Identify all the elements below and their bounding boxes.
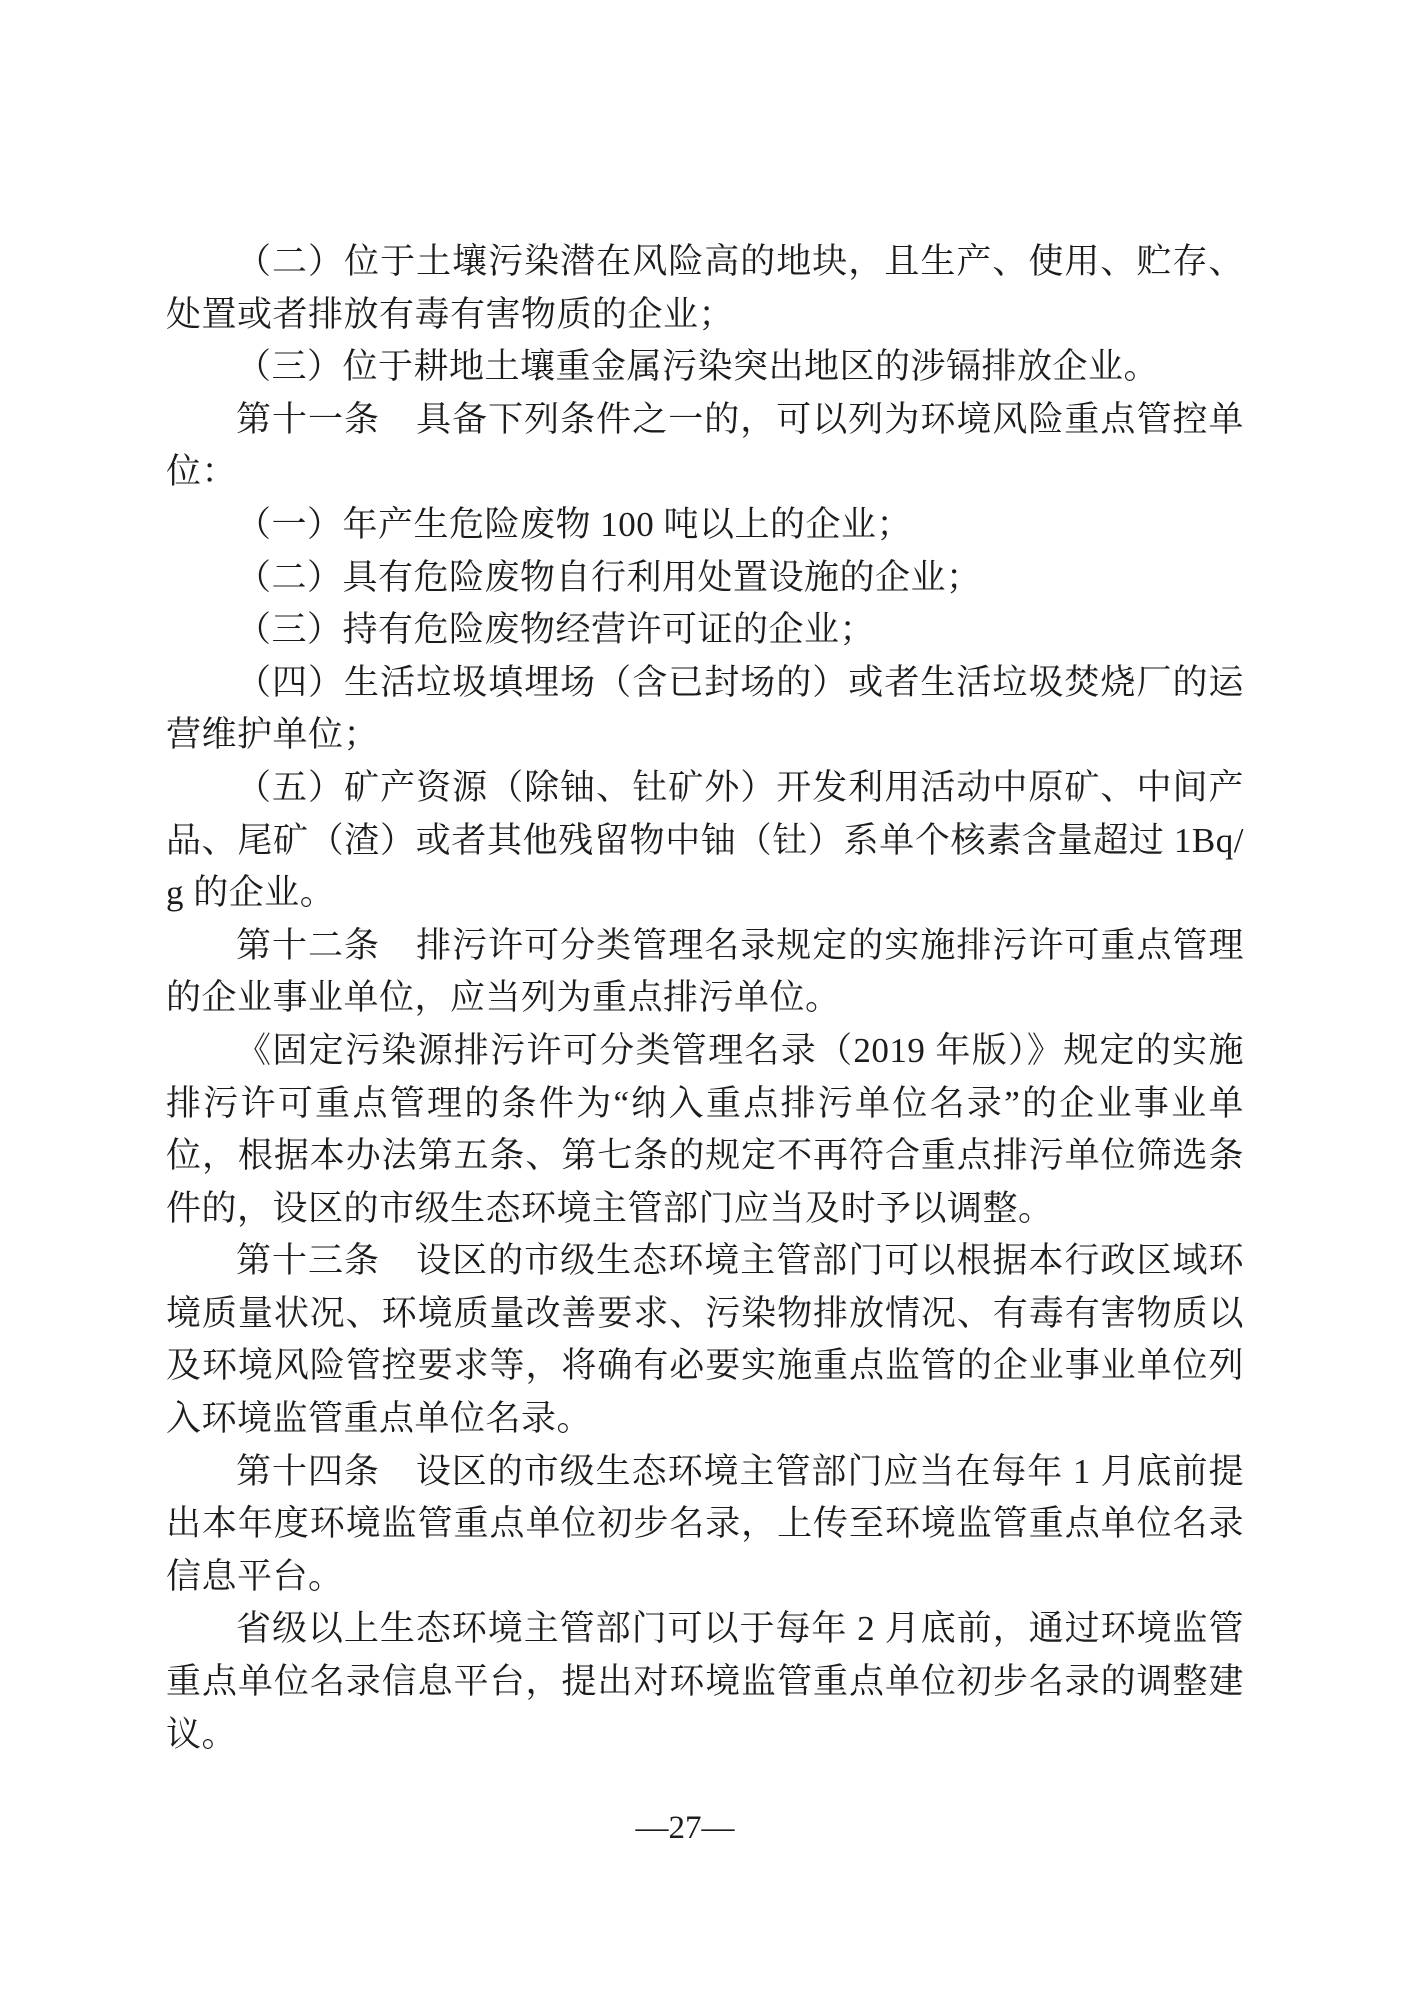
article-14-supplement-paragraph: 省级以上生态环境主管部门可以于每年 2 月底前，通过环境监管重点单位名录信息平台…: [166, 1603, 1244, 1761]
article-11-heading-paragraph: 第十一条 具备下列条件之一的，可以列为环境风险重点管控单位：: [166, 394, 1244, 499]
document-page: （二）位于土壤污染潜在风险高的地块，且生产、使用、贮存、处置或者排放有毒有害物质…: [0, 0, 1415, 2000]
article-13-paragraph: 第十三条 设区的市级生态环境主管部门可以根据本行政区域环境质量状况、环境质量改善…: [166, 1235, 1244, 1445]
article-12-supplement-paragraph: 《固定污染源排污许可分类管理名录（2019 年版）》规定的实施排污许可重点管理的…: [166, 1025, 1244, 1235]
article-11-item-3-paragraph: （三）持有危险废物经营许可证的企业；: [166, 604, 1244, 657]
page-number: —27—: [0, 1806, 1370, 1850]
document-body: （二）位于土壤污染潜在风险高的地块，且生产、使用、贮存、处置或者排放有毒有害物质…: [166, 236, 1244, 1761]
clause-3-cadmium-paragraph: （三）位于耕地土壤重金属污染突出地区的涉镉排放企业。: [166, 341, 1244, 394]
article-11-item-5-paragraph: （五）矿产资源（除铀、钍矿外）开发利用活动中原矿、中间产品、尾矿（渣）或者其他残…: [166, 762, 1244, 920]
article-14-paragraph: 第十四条 设区的市级生态环境主管部门应当在每年 1 月底前提出本年度环境监管重点…: [166, 1446, 1244, 1604]
article-12-paragraph: 第十二条 排污许可分类管理名录规定的实施排污许可重点管理的企业事业单位，应当列为…: [166, 920, 1244, 1025]
article-11-item-1-paragraph: （一）年产生危险废物 100 吨以上的企业；: [166, 499, 1244, 552]
clause-2-soil-risk-paragraph: （二）位于土壤污染潜在风险高的地块，且生产、使用、贮存、处置或者排放有毒有害物质…: [166, 236, 1244, 341]
article-11-item-4-paragraph: （四）生活垃圾填埋场（含已封场的）或者生活垃圾焚烧厂的运营维护单位；: [166, 657, 1244, 762]
article-11-item-2-paragraph: （二）具有危险废物自行利用处置设施的企业；: [166, 552, 1244, 605]
